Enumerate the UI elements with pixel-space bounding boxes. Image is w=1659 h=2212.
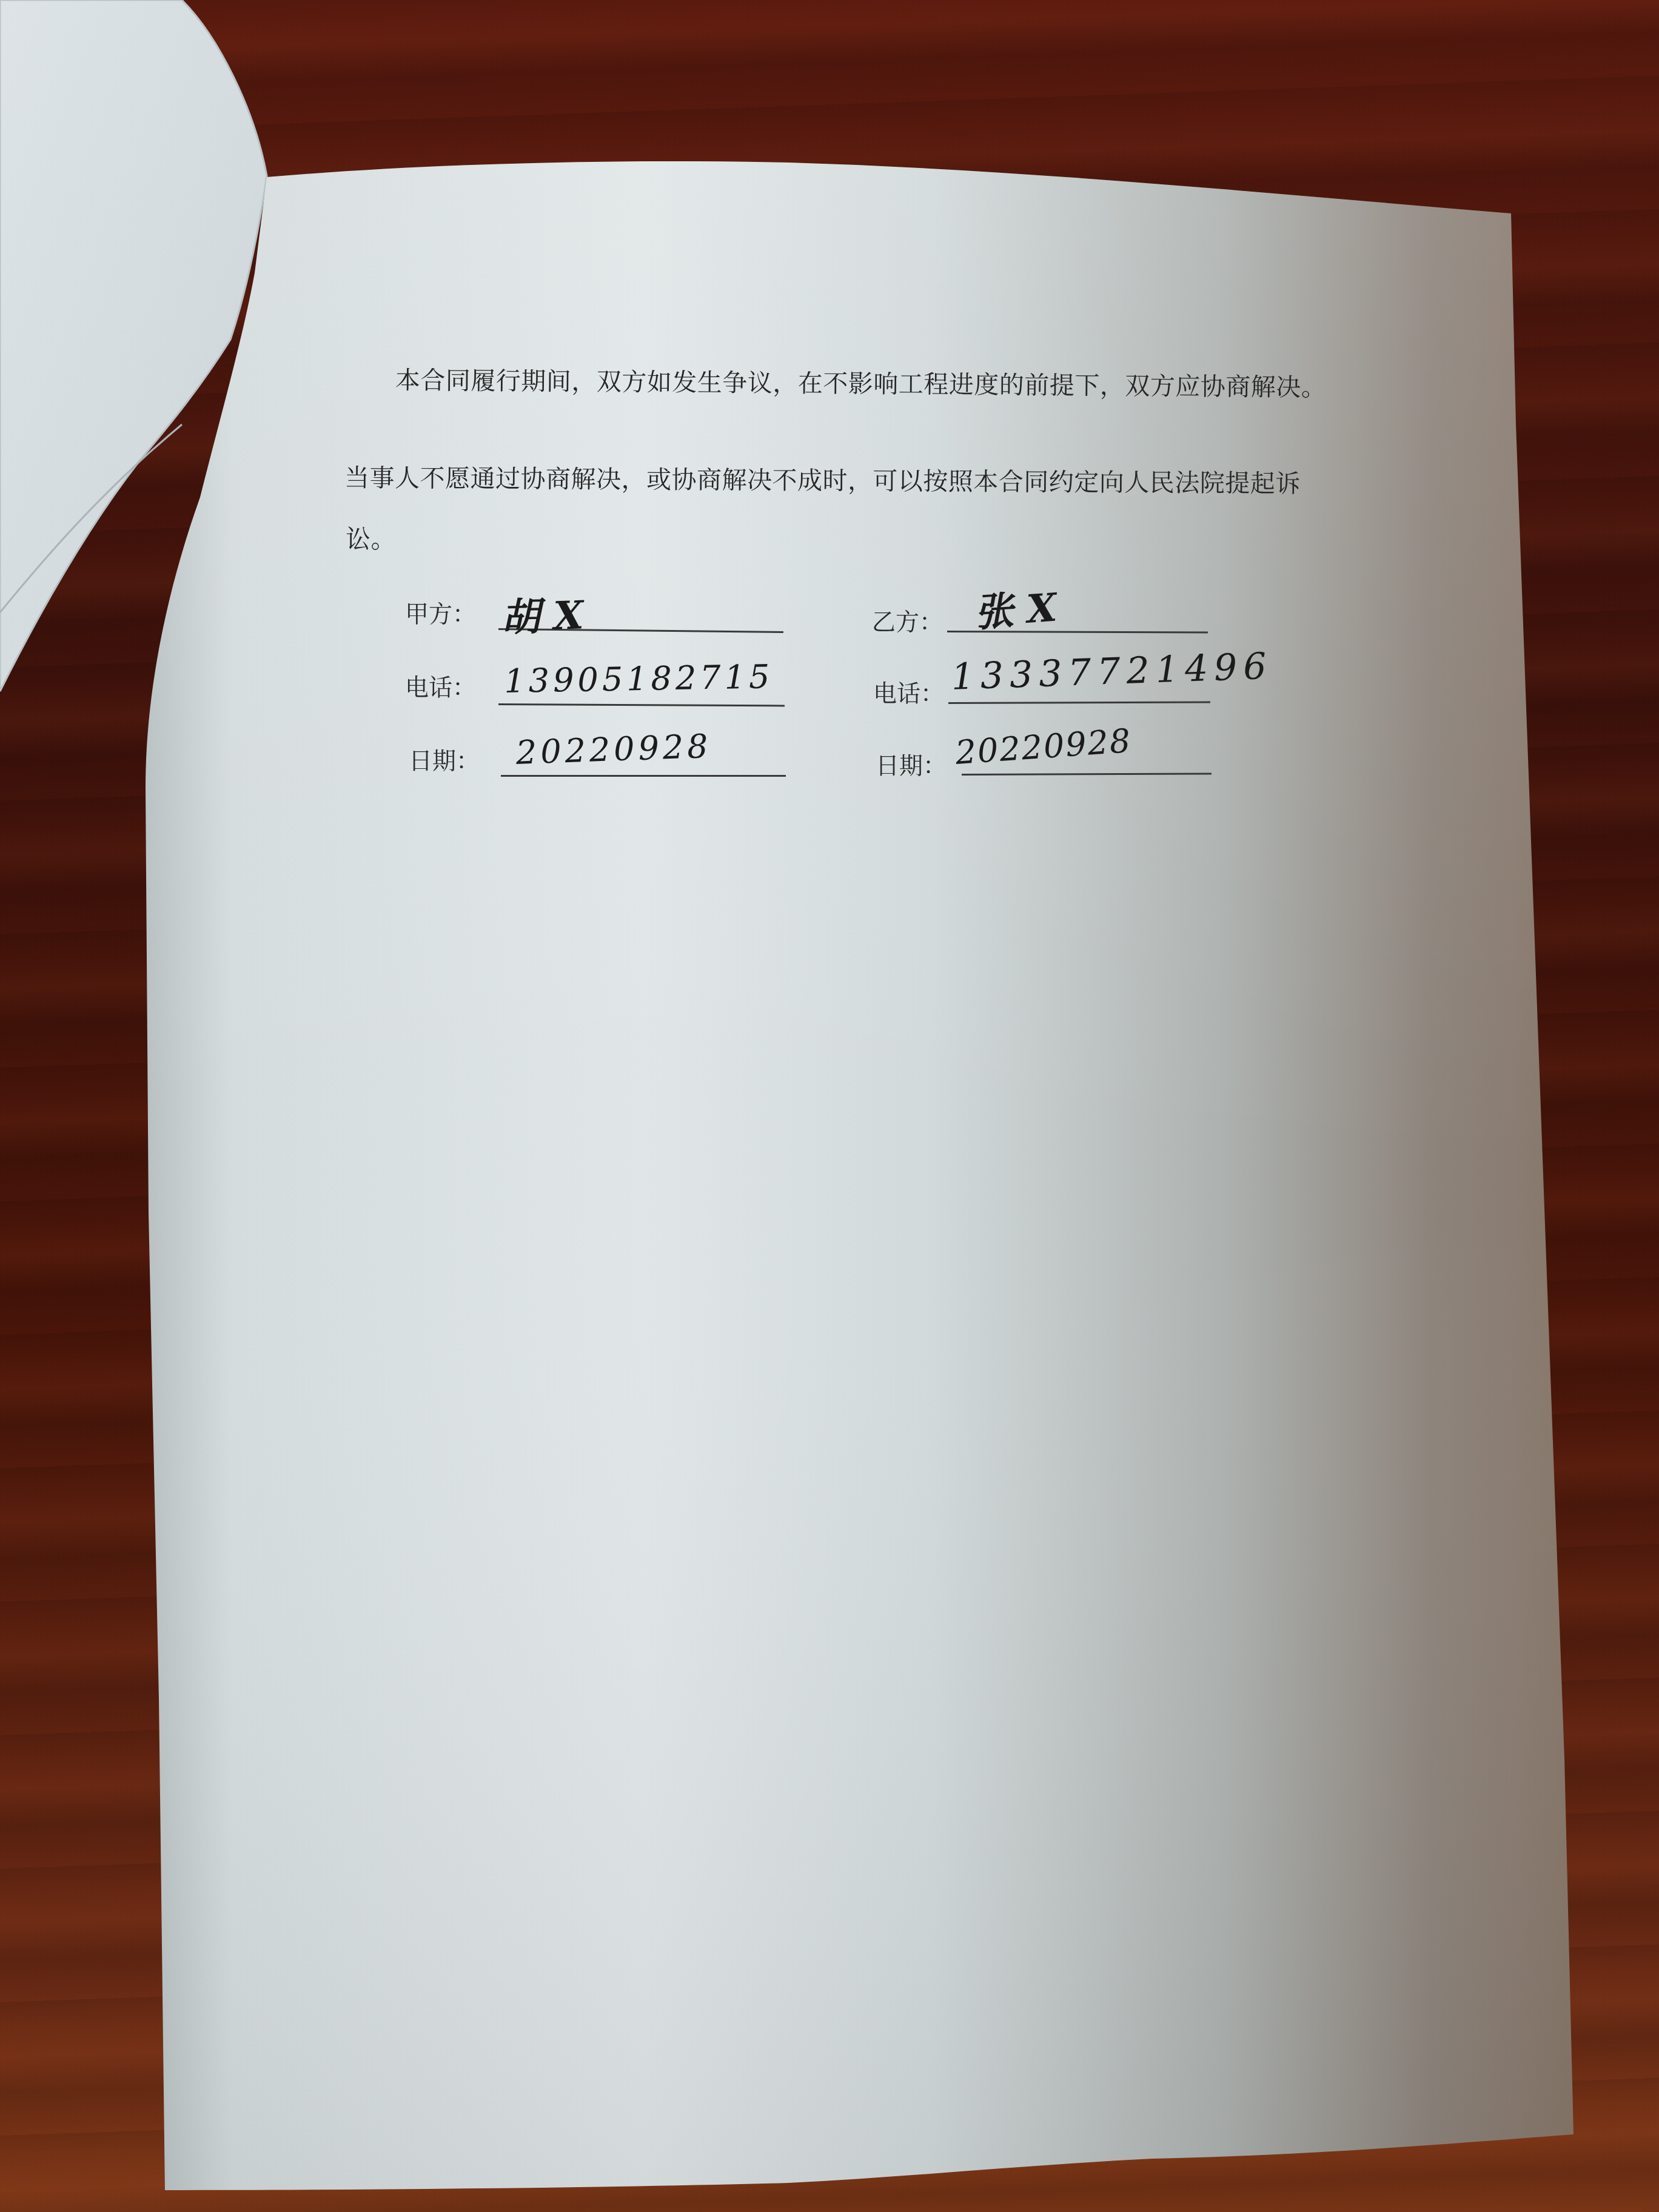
clause-line-2: 当事人不愿通过协商解决，或协商解决不成时，可以按照本合同约定向人民法院提起诉 — [344, 458, 1301, 500]
page-content: 本合同履行期间，双方如发生争议，在不影响工程进度的前提下，双方应协商解决。 当事… — [0, 0, 1659, 2212]
party-a-date-label: 日期： — [409, 742, 480, 776]
clause-line-1: 本合同履行期间，双方如发生争议，在不影响工程进度的前提下，双方应协商解决。 — [395, 360, 1327, 403]
party-a-phone-label: 电话： — [405, 669, 476, 703]
party-a-signature: 胡 Ⅹ — [500, 584, 585, 643]
party-b-date: 20220928 — [954, 722, 1133, 772]
party-b-phone-label: 电话： — [873, 675, 944, 709]
party-a-date: 20220928 — [515, 727, 712, 772]
party-b-date-line — [962, 773, 1212, 776]
party-b-phone: 13337721496 — [951, 645, 1273, 699]
party-b-phone-line — [948, 701, 1210, 704]
party-a-date-line — [501, 775, 786, 777]
party-b-label: 乙方： — [872, 603, 943, 637]
party-b-signature: 张 Ⅹ — [973, 577, 1059, 638]
party-a-phone-line — [498, 703, 785, 706]
clause-line-3: 讼。 — [346, 519, 396, 555]
party-a-phone: 13905182715 — [504, 657, 774, 700]
party-b-date-label: 日期： — [876, 747, 947, 781]
party-a-label: 甲方： — [405, 595, 476, 629]
